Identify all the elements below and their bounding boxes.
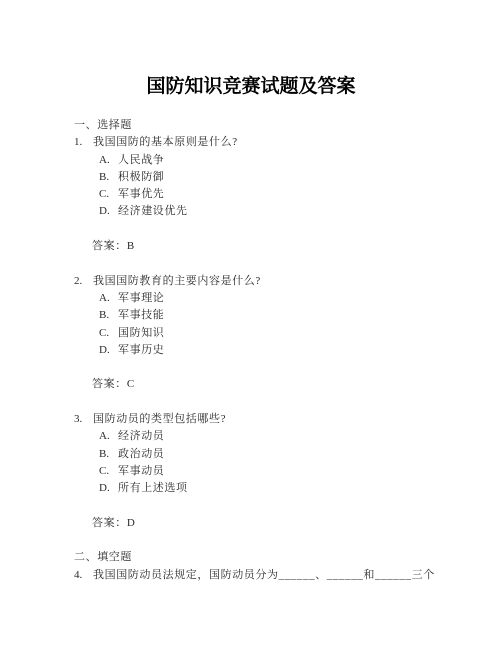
option-text: 军事动员 xyxy=(118,465,164,477)
option: C.军事动员 xyxy=(0,463,482,480)
spacer xyxy=(0,498,482,515)
document-page: 国防知识竞赛试题及答案 一、选择题1.我国国防的基本原则是什么?A.人民战争B.… xyxy=(0,0,502,649)
question-number: 2. xyxy=(74,273,93,290)
section-heading: 一、选择题 xyxy=(0,117,482,134)
spacer xyxy=(0,255,482,272)
option: B.积极防御 xyxy=(0,169,482,186)
spacer xyxy=(0,394,482,411)
option-letter: D. xyxy=(99,480,118,497)
answer-line: 答案：B xyxy=(0,238,482,255)
spacer xyxy=(0,532,482,549)
option: B.军事技能 xyxy=(0,307,482,324)
option-letter: B. xyxy=(99,307,118,324)
option-letter: D. xyxy=(99,342,118,359)
option-letter: A. xyxy=(99,428,118,445)
option: C.国防知识 xyxy=(0,325,482,342)
option-text: 军事优先 xyxy=(118,188,164,200)
option-letter: C. xyxy=(99,325,118,342)
question-text: 国防动员的类型包括哪些? xyxy=(93,413,226,425)
answer-label: 答案： xyxy=(92,517,127,529)
answer-value: C xyxy=(127,378,135,390)
option-text: 人民战争 xyxy=(118,154,164,166)
option-text: 军事历史 xyxy=(118,344,164,356)
answer-value: B xyxy=(127,240,135,252)
answer-line: 答案：D xyxy=(0,515,482,532)
question-text: 我国国防的基本原则是什么? xyxy=(93,136,238,148)
option-letter: C. xyxy=(99,186,118,203)
spacer xyxy=(0,359,482,376)
option: A.人民战争 xyxy=(0,152,482,169)
option-letter: A. xyxy=(99,290,118,307)
option-text: 所有上述选项 xyxy=(118,482,188,494)
option-letter: C. xyxy=(99,463,118,480)
option: C.军事优先 xyxy=(0,186,482,203)
option-text: 经济动员 xyxy=(118,430,164,442)
option-text: 政治动员 xyxy=(118,448,164,460)
option: D.军事历史 xyxy=(0,342,482,359)
document-title: 国防知识竞赛试题及答案 xyxy=(0,75,502,99)
option-letter: B. xyxy=(99,169,118,186)
option: D.所有上述选项 xyxy=(0,480,482,497)
option: A.军事理论 xyxy=(0,290,482,307)
answer-label: 答案： xyxy=(92,240,127,252)
section-heading: 二、填空题 xyxy=(0,549,482,566)
option-text: 军事理论 xyxy=(118,292,164,304)
answer-line: 答案：C xyxy=(0,376,482,393)
option-text: 军事技能 xyxy=(118,309,164,321)
option-letter: B. xyxy=(99,446,118,463)
option-text: 经济建设优先 xyxy=(118,205,188,217)
question: 1.我国国防的基本原则是什么? xyxy=(0,134,482,151)
answer-value: D xyxy=(127,517,136,529)
question: 3.国防动员的类型包括哪些? xyxy=(0,411,482,428)
question-text: 我国国防教育的主要内容是什么? xyxy=(93,275,261,287)
spacer xyxy=(0,221,482,238)
question-number: 4. xyxy=(74,567,93,584)
option-letter: A. xyxy=(99,152,118,169)
answer-label: 答案： xyxy=(92,378,127,390)
question: 4.我国国防动员法规定，国防动员分为______、______和______三个 xyxy=(0,567,482,584)
option-text: 国防知识 xyxy=(118,327,164,339)
option-text: 积极防御 xyxy=(118,171,164,183)
document-content: 一、选择题1.我国国防的基本原则是什么?A.人民战争B.积极防御C.军事优先D.… xyxy=(0,117,482,584)
option-letter: D. xyxy=(99,203,118,220)
question: 2.我国国防教育的主要内容是什么? xyxy=(0,273,482,290)
question-number: 1. xyxy=(74,134,93,151)
question-number: 3. xyxy=(74,411,93,428)
question-text: 我国国防动员法规定，国防动员分为______、______和______三个 xyxy=(93,569,435,581)
option: D.经济建设优先 xyxy=(0,203,482,220)
option: B.政治动员 xyxy=(0,446,482,463)
option: A.经济动员 xyxy=(0,428,482,445)
